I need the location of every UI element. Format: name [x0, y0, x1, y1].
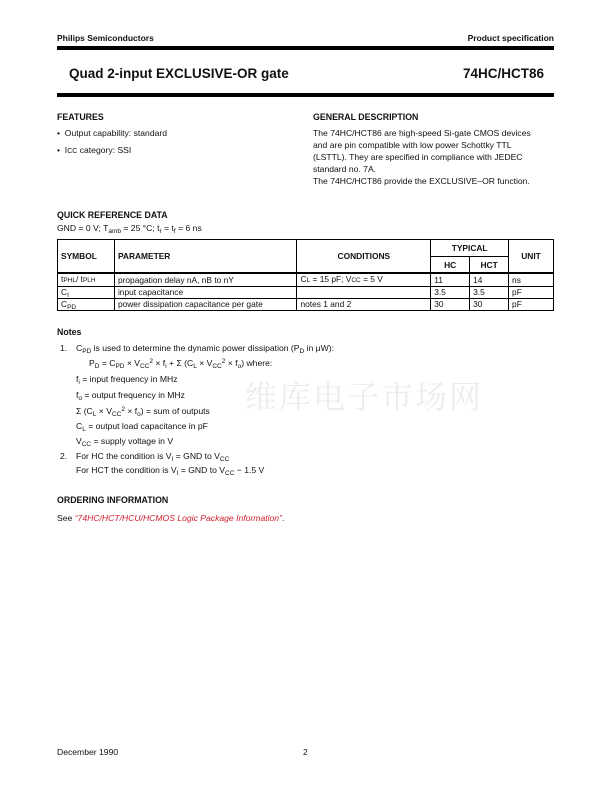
hc-cell: 30 — [431, 299, 470, 311]
parameter-cell: propagation delay nA, nB to nY — [114, 273, 297, 287]
note-1-formula: PD = CPD × VCC2 × fi + Σ (CL × VCC2 × fo… — [89, 358, 272, 368]
feature-item: • Output capability: standard — [57, 128, 167, 138]
symbol-cell: tPHL/ tPLH — [58, 273, 115, 287]
hct-cell: 30 — [470, 299, 509, 311]
table-row: CPD power dissipation capacitance per ga… — [58, 299, 554, 311]
footer-date: December 1990 — [57, 747, 118, 757]
quick-reference-conditions: GND = 0 V; Tamb = 25 °C; tr = tf = 6 ns — [57, 222, 202, 234]
table-row: tPHL/ tPLH propagation delay nA, nB to n… — [58, 273, 554, 287]
parameter-cell: power dissipation capacitance per gate — [114, 299, 297, 311]
note-1-def: fi = input frequency in MHz — [76, 374, 178, 384]
general-description-text: The 74HC/HCT86 are high-speed Si-gate CM… — [313, 127, 558, 187]
note-2-line: For HC the condition is VI = GND to VCC — [76, 451, 229, 461]
col-unit: UNIT — [509, 240, 554, 274]
parameter-cell: input capacitance — [114, 287, 297, 299]
note-1-def: Σ (CL × VCC2 × fo) = sum of outputs — [76, 406, 210, 416]
features-heading: FEATURES — [57, 112, 104, 122]
col-parameter: PARAMETER — [114, 240, 297, 274]
watermark: 维库电子市场网 — [245, 372, 483, 418]
note-1-def: CL = output load capacitance in pF — [76, 421, 208, 431]
general-description-heading: GENERAL DESCRIPTION — [313, 112, 418, 122]
table-row: CI input capacitance 3.5 3.5 pF — [58, 287, 554, 299]
footer-page-number: 2 — [303, 747, 308, 757]
notes-heading: Notes — [57, 327, 81, 337]
company-name: Philips Semiconductors — [57, 33, 154, 43]
note-1-def: VCC = supply voltage in V — [76, 436, 173, 446]
ordering-heading: ORDERING INFORMATION — [57, 495, 168, 505]
note-2-number: 2. — [60, 451, 67, 461]
col-hc: HC — [431, 257, 470, 274]
col-typical: TYPICAL — [431, 240, 509, 257]
conditions-cell: CL = 15 pF; VCC = 5 V — [297, 273, 431, 287]
package-info-link[interactable]: “74HC/HCT/HCU/HCMOS Logic Package Inform… — [75, 513, 282, 523]
quick-reference-heading: QUICK REFERENCE DATA — [57, 210, 168, 220]
note-2-line: For HCT the condition is VI = GND to VCC… — [76, 465, 264, 475]
quick-reference-table: SYMBOL PARAMETER CONDITIONS TYPICAL UNIT… — [57, 239, 554, 311]
header-rule-bottom — [57, 93, 554, 97]
feature-item: • ICC category: SSI — [57, 145, 131, 155]
hct-cell: 14 — [470, 273, 509, 287]
page-title: Quad 2-input EXCLUSIVE-OR gate — [69, 66, 289, 81]
note-1-text: CPD is used to determine the dynamic pow… — [76, 343, 334, 353]
col-symbol: SYMBOL — [58, 240, 115, 274]
hc-cell: 3.5 — [431, 287, 470, 299]
unit-cell: ns — [509, 273, 554, 287]
conditions-cell — [297, 287, 431, 299]
col-hct: HCT — [470, 257, 509, 274]
note-1-def: fo = output frequency in MHz — [76, 390, 185, 400]
symbol-cell: CI — [58, 287, 115, 299]
part-number: 74HC/HCT86 — [463, 66, 544, 81]
hct-cell: 3.5 — [470, 287, 509, 299]
hc-cell: 11 — [431, 273, 470, 287]
doc-type: Product specification — [468, 33, 554, 43]
unit-cell: pF — [509, 287, 554, 299]
conditions-cell: notes 1 and 2 — [297, 299, 431, 311]
note-1-number: 1. — [60, 343, 67, 353]
header-rule-top — [57, 46, 554, 50]
col-conditions: CONDITIONS — [297, 240, 431, 274]
ordering-text: See “74HC/HCT/HCU/HCMOS Logic Package In… — [57, 512, 284, 524]
unit-cell: pF — [509, 299, 554, 311]
symbol-cell: CPD — [58, 299, 115, 311]
